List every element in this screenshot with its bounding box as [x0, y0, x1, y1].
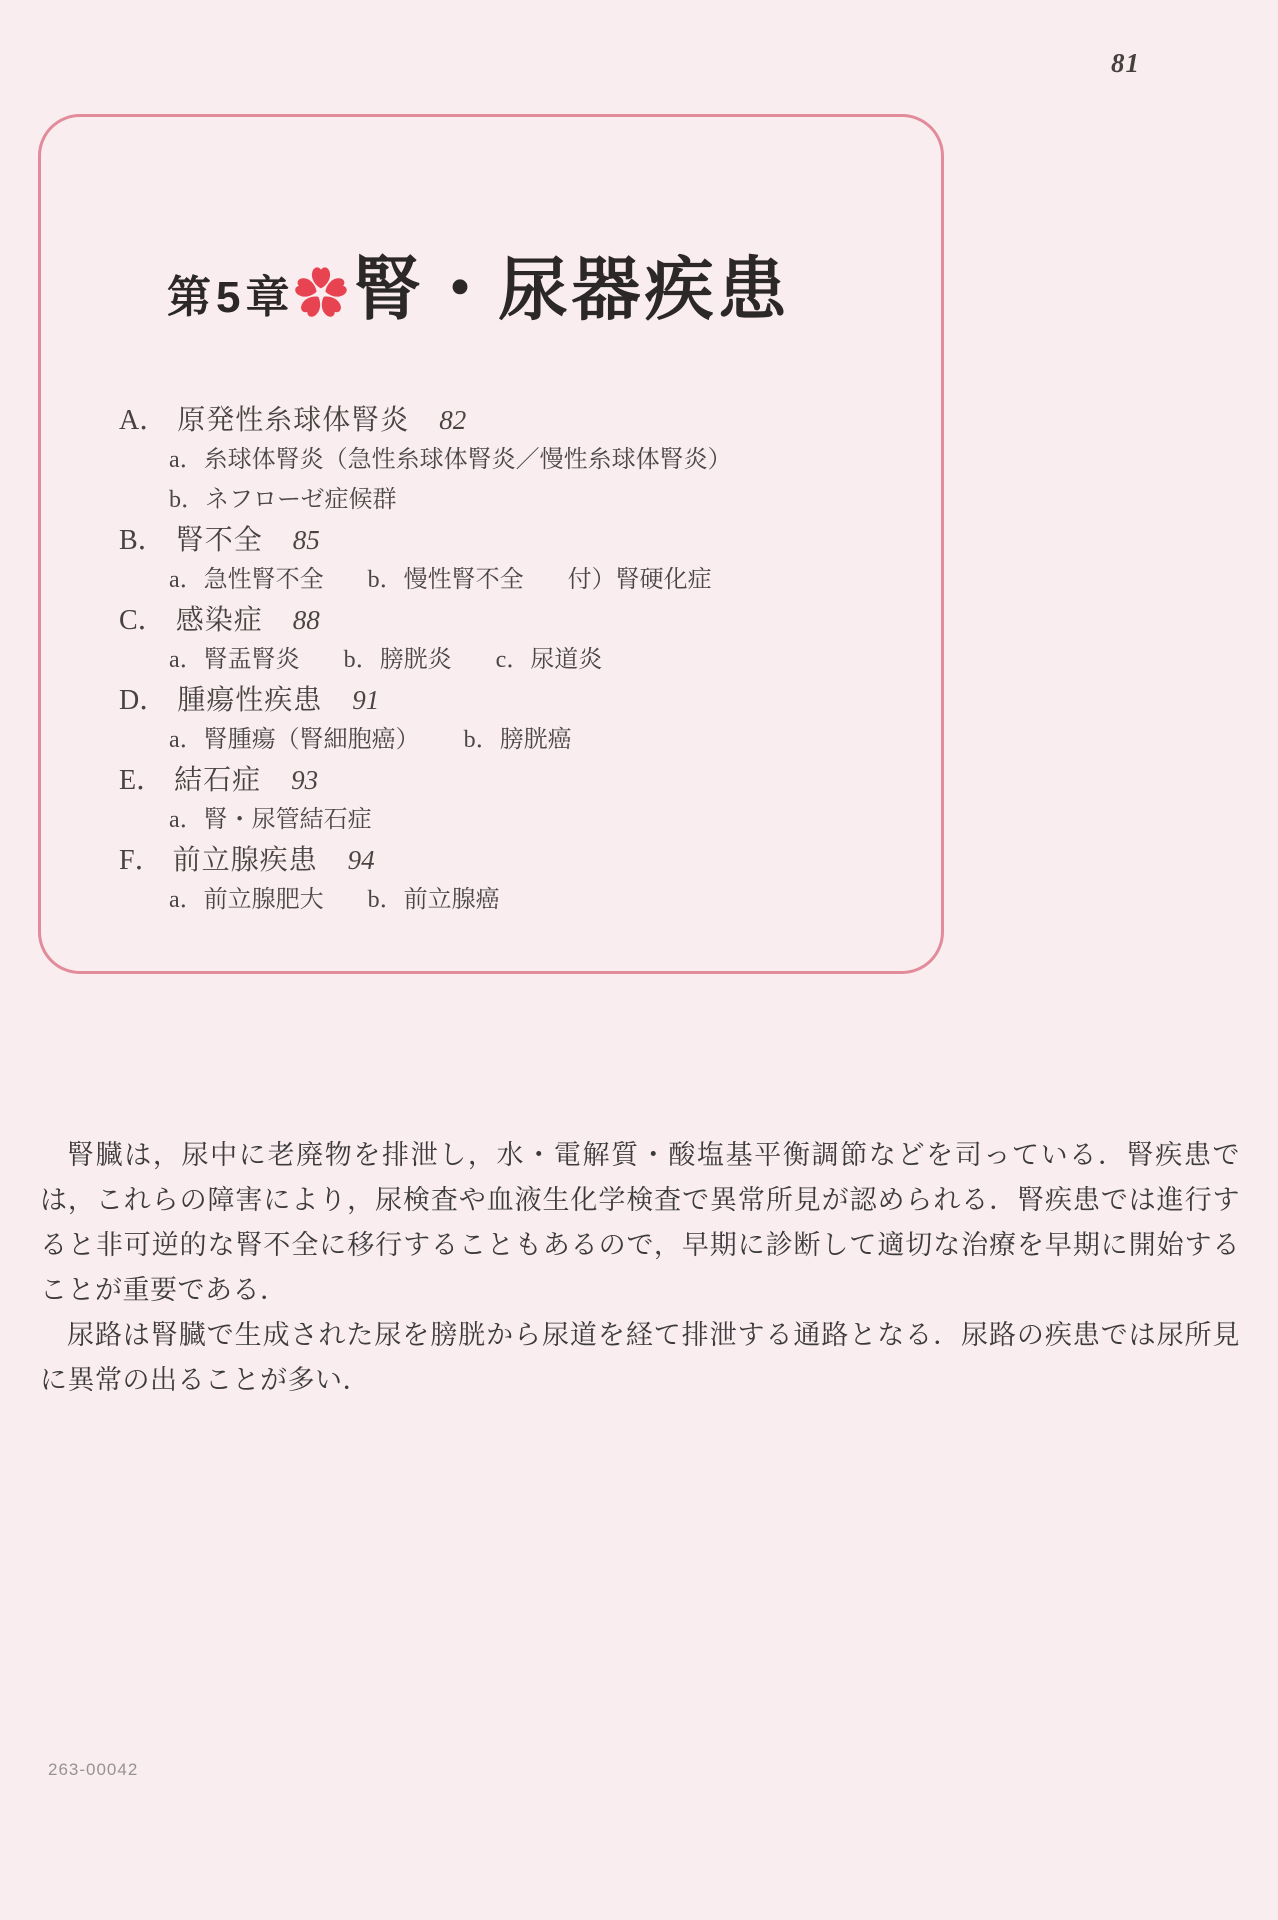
toc-item-title: 感染症	[176, 605, 263, 636]
toc-item-letter: A．	[119, 405, 167, 436]
toc-sub-line: a．腎・尿管結石症	[119, 800, 899, 840]
toc-sub-entry: a．糸球体腎炎（急性糸球体腎炎／慢性糸球体腎炎）	[169, 447, 732, 473]
toc-sub-line: a．腎盂腎炎b．膀胱炎c．尿道炎	[119, 640, 899, 680]
toc-sub-entry: a．前立腺肥大	[169, 887, 324, 913]
toc-sub-entry: c．尿道炎	[496, 647, 603, 673]
toc-item: A．原発性糸球体腎炎82	[119, 400, 899, 440]
toc-sub-line: a．前立腺肥大b．前立腺癌	[119, 880, 899, 920]
toc-item-letter: C．	[119, 605, 166, 636]
toc-sub-entry: a．腎・尿管結石症	[169, 807, 372, 833]
toc-item-title: 腎不全	[176, 525, 263, 556]
body-text: 腎臓は，尿中に老廃物を排泄し，水・電解質・酸塩基平衡調節などを司っている．腎疾患…	[40, 1133, 1240, 1403]
toc-item-title: 腫瘍性疾患	[177, 685, 322, 716]
toc-item-page: 94	[348, 845, 375, 875]
toc-sub-entry: a．腎腫瘍（腎細胞癌）	[169, 727, 420, 753]
toc-item-letter: F．	[119, 845, 163, 876]
toc-item: E．結石症93	[119, 760, 899, 800]
toc-sub-line: b．ネフローゼ症候群	[119, 480, 899, 520]
toc-item-title: 結石症	[174, 765, 261, 796]
toc-sub-line: a．糸球体腎炎（急性糸球体腎炎／慢性糸球体腎炎）	[119, 440, 899, 480]
toc-sub-entry: a．急性腎不全	[169, 567, 324, 593]
toc-item-letter: E．	[119, 765, 164, 796]
chapter-title-row: 第5章 腎・尿器疾患	[167, 255, 941, 324]
page: 81 第5章 腎・尿器疾患 A．原発性糸球体腎炎82a．糸球体腎炎（急性糸球体腎…	[0, 0, 1278, 1920]
toc-item: C．感染症88	[119, 600, 899, 640]
toc-item-page: 88	[293, 605, 320, 635]
toc-sub-entry: 付）腎硬化症	[568, 567, 712, 593]
toc: A．原発性糸球体腎炎82a．糸球体腎炎（急性糸球体腎炎／慢性糸球体腎炎）b．ネフ…	[119, 400, 899, 920]
toc-sub-line: a．急性腎不全b．慢性腎不全付）腎硬化症	[119, 560, 899, 600]
sakura-flower-icon	[292, 264, 350, 322]
toc-sub-entry: b．膀胱炎	[344, 647, 452, 673]
toc-item-title: 原発性糸球体腎炎	[177, 405, 409, 436]
body-paragraph: 腎臓は，尿中に老廃物を排泄し，水・電解質・酸塩基平衡調節などを司っている．腎疾患…	[40, 1133, 1240, 1313]
toc-item-page: 85	[293, 525, 320, 555]
toc-sub-entry: b．前立腺癌	[368, 887, 500, 913]
toc-item: D．腫瘍性疾患91	[119, 680, 899, 720]
toc-item: F．前立腺疾患94	[119, 840, 899, 880]
chapter-title: 腎・尿器疾患	[352, 255, 790, 324]
toc-item-title: 前立腺疾患	[173, 845, 318, 876]
toc-sub-entry: b．ネフローゼ症候群	[169, 487, 397, 513]
toc-sub-line: a．腎腫瘍（腎細胞癌）b．膀胱癌	[119, 720, 899, 760]
page-number: 81	[1111, 48, 1140, 79]
toc-item: B．腎不全85	[119, 520, 899, 560]
toc-item-page: 93	[291, 765, 318, 795]
toc-item-page: 91	[352, 685, 379, 715]
toc-sub-entry: a．腎盂腎炎	[169, 647, 300, 673]
chapter-label: 第5章	[167, 276, 294, 320]
toc-item-letter: B．	[119, 525, 166, 556]
toc-item-letter: D．	[119, 685, 167, 716]
body-paragraph: 尿路は腎臓で生成された尿を膀胱から尿道を経て排泄する通路となる．尿路の疾患では尿…	[40, 1313, 1240, 1403]
toc-item-page: 82	[439, 405, 466, 435]
toc-sub-entry: b．慢性腎不全	[368, 567, 524, 593]
footer-code: 263-00042	[48, 1760, 138, 1780]
toc-sub-entry: b．膀胱癌	[464, 727, 572, 753]
